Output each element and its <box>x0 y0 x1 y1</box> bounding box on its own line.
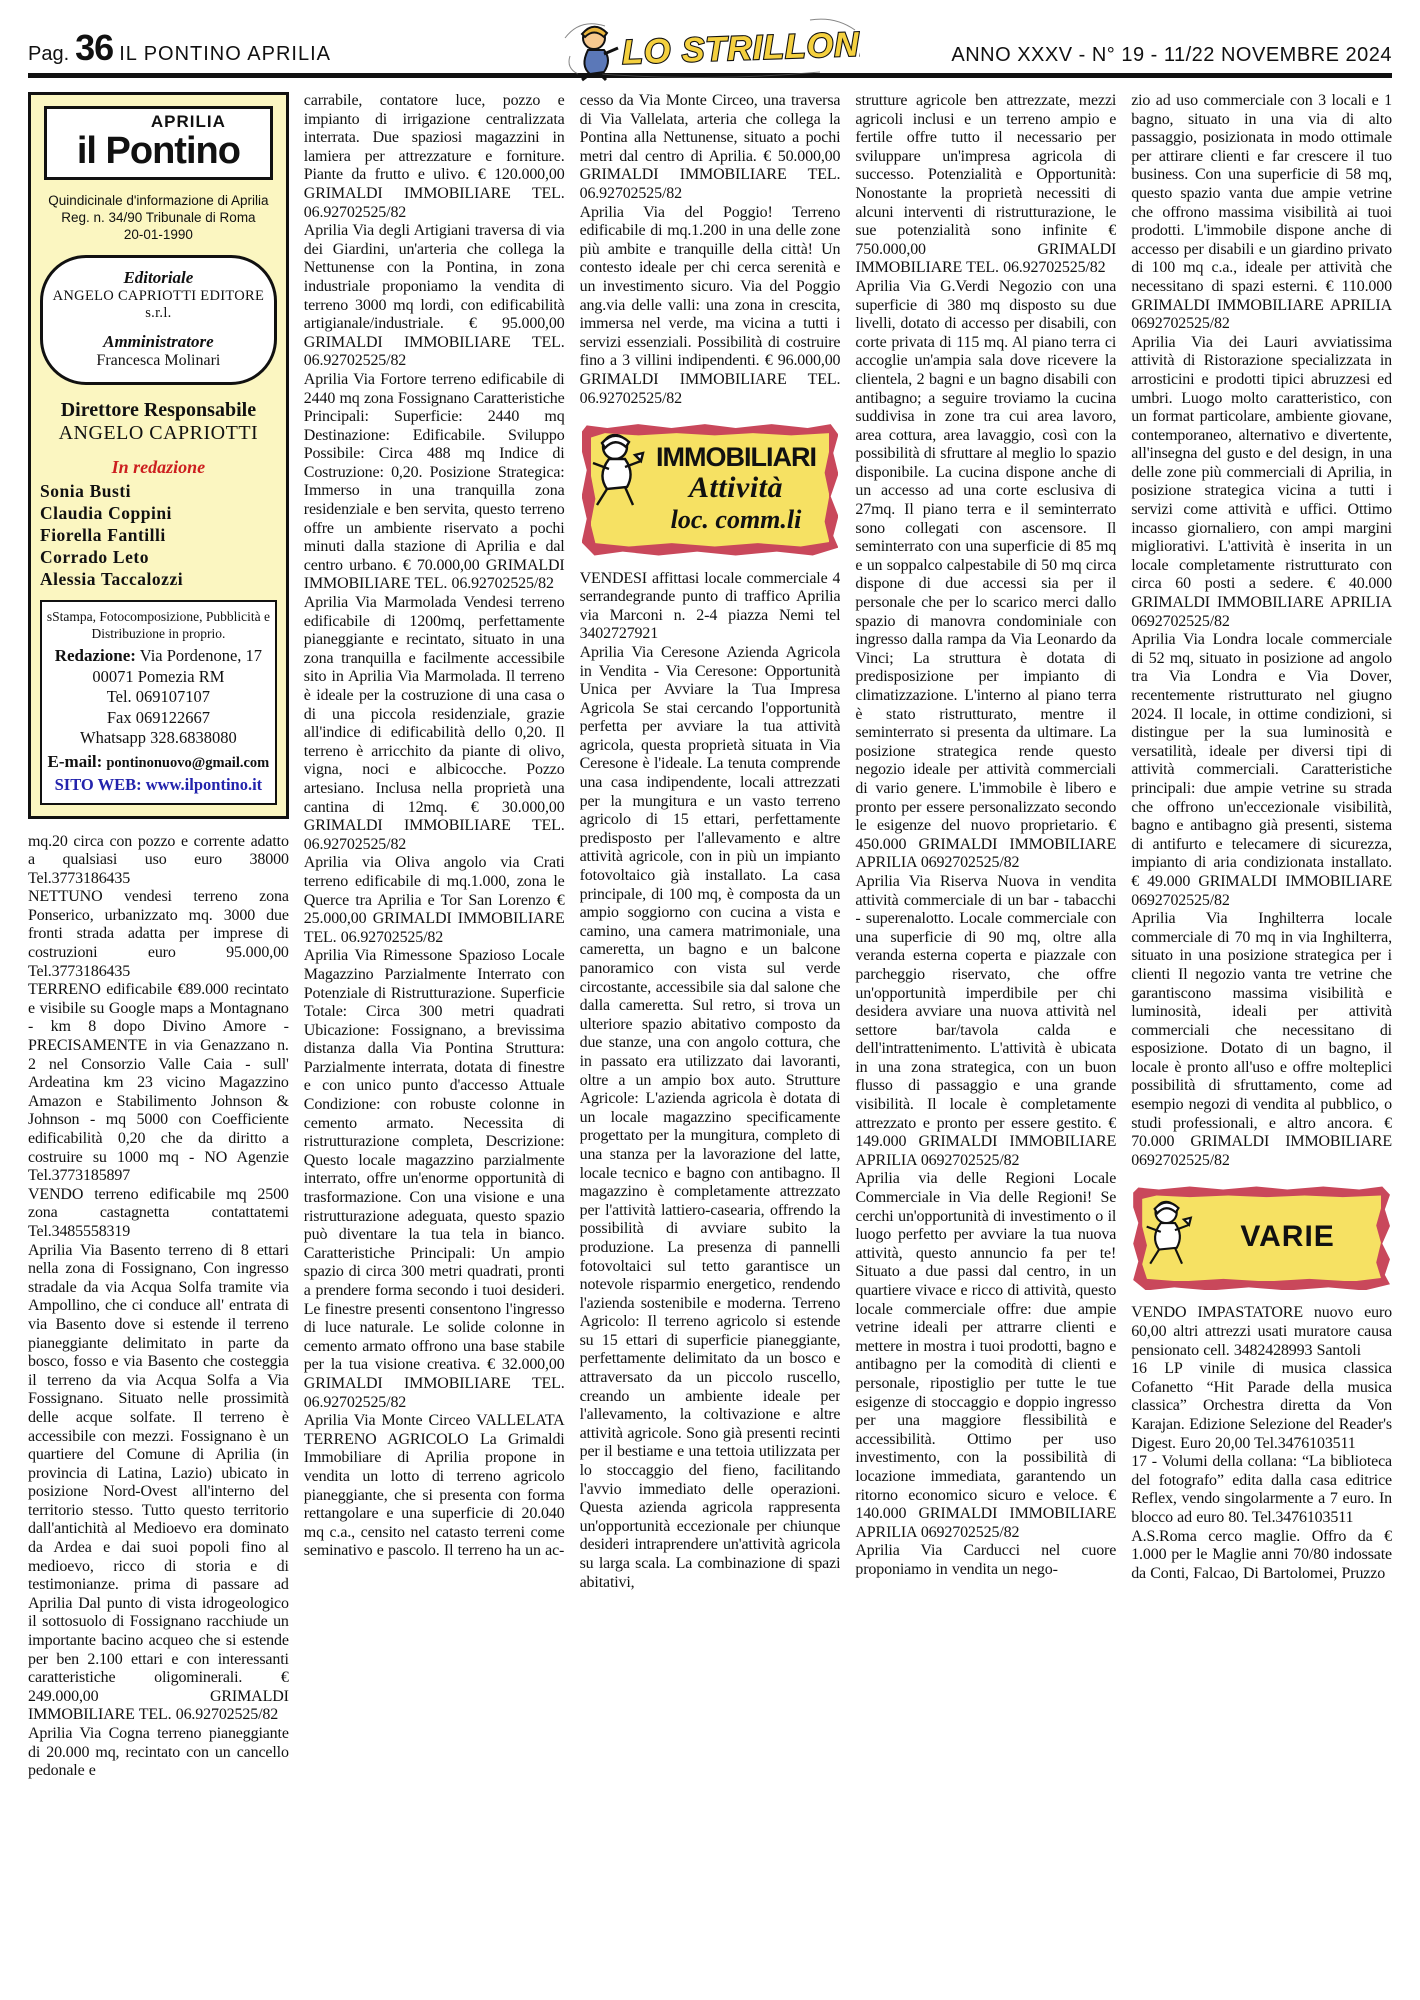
varie-badge: VARIE <box>1133 1186 1390 1290</box>
classified-ad: 16 LP vinile di musica classica Cofanett… <box>1131 1360 1392 1453</box>
newsboy-icon <box>585 425 647 511</box>
fax-line: Fax 069122667 <box>45 708 272 729</box>
contact-box: sStampa, Fotocomposizione, Pubblicità e … <box>40 600 277 805</box>
classified-ad: zio ad uso commerciale con 3 locali e 1 … <box>1131 92 1392 334</box>
newsboy-logo-figure <box>582 27 618 80</box>
classified-ad: Aprilia Via Ceresone Azienda Agricola in… <box>580 644 841 1592</box>
classifieds-body: APRILIA il Pontino Quindicinale d'inform… <box>0 78 1420 1986</box>
lo-strillone-logo-art: LO STRILLONE <box>560 8 860 82</box>
column-1-ads: mq.20 circa con pozzo e corrente adatto … <box>28 833 289 1781</box>
column-4: strutture agricole ben attrezzate, mezzi… <box>855 92 1116 1986</box>
classified-ad: 17 - Volumi della collana: “La bibliotec… <box>1131 1453 1392 1527</box>
classified-ad: Aprilia Via dei Lauri avviatissima attiv… <box>1131 334 1392 632</box>
immobiliari-badge-inner: IMMOBILIARI Attività loc. comm.li <box>591 433 830 546</box>
classified-ad: Aprilia Via Marmolada Vendesi terreno ed… <box>304 594 565 854</box>
page-number-group: Pag. 36 IL PONTINO APRILIA <box>28 27 331 73</box>
masthead-subtitle-line1: Quindicinale d'informazione di Aprilia <box>40 192 277 209</box>
column-5-ads-top: zio ad uso commerciale con 3 locali e 1 … <box>1131 92 1392 1170</box>
email-label: E-mail: <box>48 752 103 771</box>
masthead-title: il Pontino <box>53 132 264 170</box>
immobiliari-badge-line3: loc. comm.li <box>649 506 824 535</box>
redazione-address: Redazione: Via Pordenone, 17 <box>45 646 272 667</box>
newspaper-page: { "header": { "page_label": "Pag.", "pag… <box>0 0 1420 2000</box>
classified-ad: Aprilia Via Cogna terreno pianeggiante d… <box>28 1725 289 1781</box>
classified-ad: Aprilia Via Rimessone Spazioso Locale Ma… <box>304 947 565 1412</box>
classified-ad: VENDO IMPASTATORE nuovo euro 60,00 altri… <box>1131 1304 1392 1360</box>
column-5-ads-bottom: VENDO IMPASTATORE nuovo euro 60,00 altri… <box>1131 1304 1392 1583</box>
column-2-ads: carrabile, contatore luce, pozzo e impia… <box>304 92 565 1561</box>
page-label: Pag. <box>28 43 69 66</box>
classified-ad: VENDO terreno edificabile mq 2500 zona c… <box>28 1186 289 1242</box>
column-1: APRILIA il Pontino Quindicinale d'inform… <box>28 92 289 1986</box>
amministratore-name: Francesca Molinari <box>47 352 270 370</box>
redazione-street: Via Pordenone, 17 <box>140 646 262 665</box>
classified-ad: Aprilia via delle Regioni Locale Commerc… <box>855 1170 1116 1542</box>
classified-ad: Aprilia Via Londra locale commerciale di… <box>1131 631 1392 910</box>
classified-ad: VENDESI affittasi locale commerciale 4 s… <box>580 570 841 644</box>
classified-ad: Aprilia Via Inghilterra locale commercia… <box>1131 910 1392 1170</box>
masthead-subtitle-line2: Reg. n. 34/90 Tribunale di Roma <box>40 209 277 226</box>
classified-ad: Aprilia Via G.Verdi Negozio con una supe… <box>855 278 1116 873</box>
classified-ad: Aprilia Via degli Artigiani traversa di … <box>304 222 565 371</box>
masthead-city: APRILIA <box>53 112 264 132</box>
email-value: pontinonuovo@gmail.com <box>106 755 269 771</box>
classified-ad: Aprilia via Oliva angolo via Crati terre… <box>304 854 565 947</box>
svg-text:LO STRILLONE: LO STRILLONE <box>621 25 860 72</box>
classified-ad: cesso da Via Monte Circeo, una traversa … <box>580 92 841 204</box>
classified-ad: TERRENO edificabile €89.000 recintato e … <box>28 981 289 1186</box>
column-3-ads-bottom: VENDESI affittasi locale commerciale 4 s… <box>580 570 841 1593</box>
redazione-name: Sonia Busti <box>40 480 277 502</box>
website-line: SITO WEB: www.ilpontino.it <box>45 775 272 795</box>
direttore-name: ANGELO CAPRIOTTI <box>40 422 277 445</box>
classified-ad: Aprilia Via del Poggio! Terreno edificab… <box>580 204 841 409</box>
amministratore-label: Amministratore <box>47 332 270 352</box>
email-line: E-mail: pontinonuovo@gmail.com <box>45 752 272 772</box>
varie-badge-label: VARIE <box>1200 1205 1375 1269</box>
classified-ad: mq.20 circa con pozzo e corrente adatto … <box>28 833 289 889</box>
redazione-name: Fiorella Fantilli <box>40 524 277 546</box>
editorial-box: Editoriale ANGELO CAPRIOTTI EDITORE s.r.… <box>40 255 277 385</box>
classified-ad: Aprilia Via Riserva Nuova in vendita att… <box>855 873 1116 1171</box>
redazione-names: Sonia BustiClaudia CoppiniFiorella Fanti… <box>40 480 277 590</box>
whatsapp-line: Whatsapp 328.6838080 <box>45 728 272 749</box>
column-3: cesso da Via Monte Circeo, una traversa … <box>580 92 841 1986</box>
classified-ad: A.S.Roma cerco maglie. Offro da € 1.000 … <box>1131 1528 1392 1584</box>
direttore-label: Direttore Responsabile <box>40 399 277 422</box>
classified-ad: Aprilia Via Basento terreno di 8 ettari … <box>28 1242 289 1725</box>
masthead-subtitle: Quindicinale d'informazione di Aprilia R… <box>40 192 277 243</box>
immobiliari-badge-line2: Attività <box>649 471 824 506</box>
masthead-title-box: APRILIA il Pontino <box>44 106 273 180</box>
address-city: 00071 Pomezia RM <box>45 667 272 688</box>
redazione-name: Alessia Taccalozzi <box>40 568 277 590</box>
editoriale-name: ANGELO CAPRIOTTI EDITORE s.r.l. <box>47 288 270 322</box>
column-2: carrabile, contatore luce, pozzo e impia… <box>304 92 565 1986</box>
redazione-label: Redazione: <box>55 646 136 665</box>
immobiliari-badge-line1: IMMOBILIARI <box>649 443 824 471</box>
column-3-ads-top: cesso da Via Monte Circeo, una traversa … <box>580 92 841 408</box>
classified-ad: carrabile, contatore luce, pozzo e impia… <box>304 92 565 222</box>
masthead-box: APRILIA il Pontino Quindicinale d'inform… <box>28 92 289 819</box>
page-header: Pag. 36 IL PONTINO APRILIA LO STRILLONE … <box>28 0 1392 78</box>
stampa-line: sStampa, Fotocomposizione, Pubblicità e … <box>45 609 272 642</box>
masthead-subtitle-line3: 20-01-1990 <box>40 226 277 243</box>
classified-ad: Aprilia Via Fortore terreno edificabile … <box>304 371 565 594</box>
varie-badge-inner: VARIE <box>1142 1195 1381 1281</box>
paper-name: IL PONTINO APRILIA <box>119 43 331 66</box>
classified-ad: strutture agricole ben attrezzate, mezzi… <box>855 92 1116 278</box>
issue-info: ANNO XXXV - N° 19 - 11/22 NOVEMBRE 2024 <box>951 44 1392 73</box>
redazione-name: Corrado Leto <box>40 546 277 568</box>
lo-strillone-logo: LO STRILLONE <box>560 8 860 82</box>
classified-ad: Aprilia Via Monte Circeo VALLELATA TERRE… <box>304 1412 565 1561</box>
phone-line: Tel. 069107107 <box>45 687 272 708</box>
column-5: zio ad uso commerciale con 3 locali e 1 … <box>1131 92 1392 1986</box>
classified-ad: NETTUNO vendesi terreno zona Ponserico, … <box>28 888 289 981</box>
editoriale-label: Editoriale <box>47 268 270 288</box>
redazione-name: Claudia Coppini <box>40 502 277 524</box>
inredazione-label: In redazione <box>40 457 277 478</box>
immobiliari-attivita-badge: IMMOBILIARI Attività loc. comm.li <box>582 424 839 555</box>
column-4-ads: strutture agricole ben attrezzate, mezzi… <box>855 92 1116 1580</box>
classified-ad: Aprilia Via Carducci nel cuore proponiam… <box>855 1542 1116 1579</box>
newsboy-icon <box>1136 1193 1198 1269</box>
page-number: 36 <box>75 27 113 69</box>
